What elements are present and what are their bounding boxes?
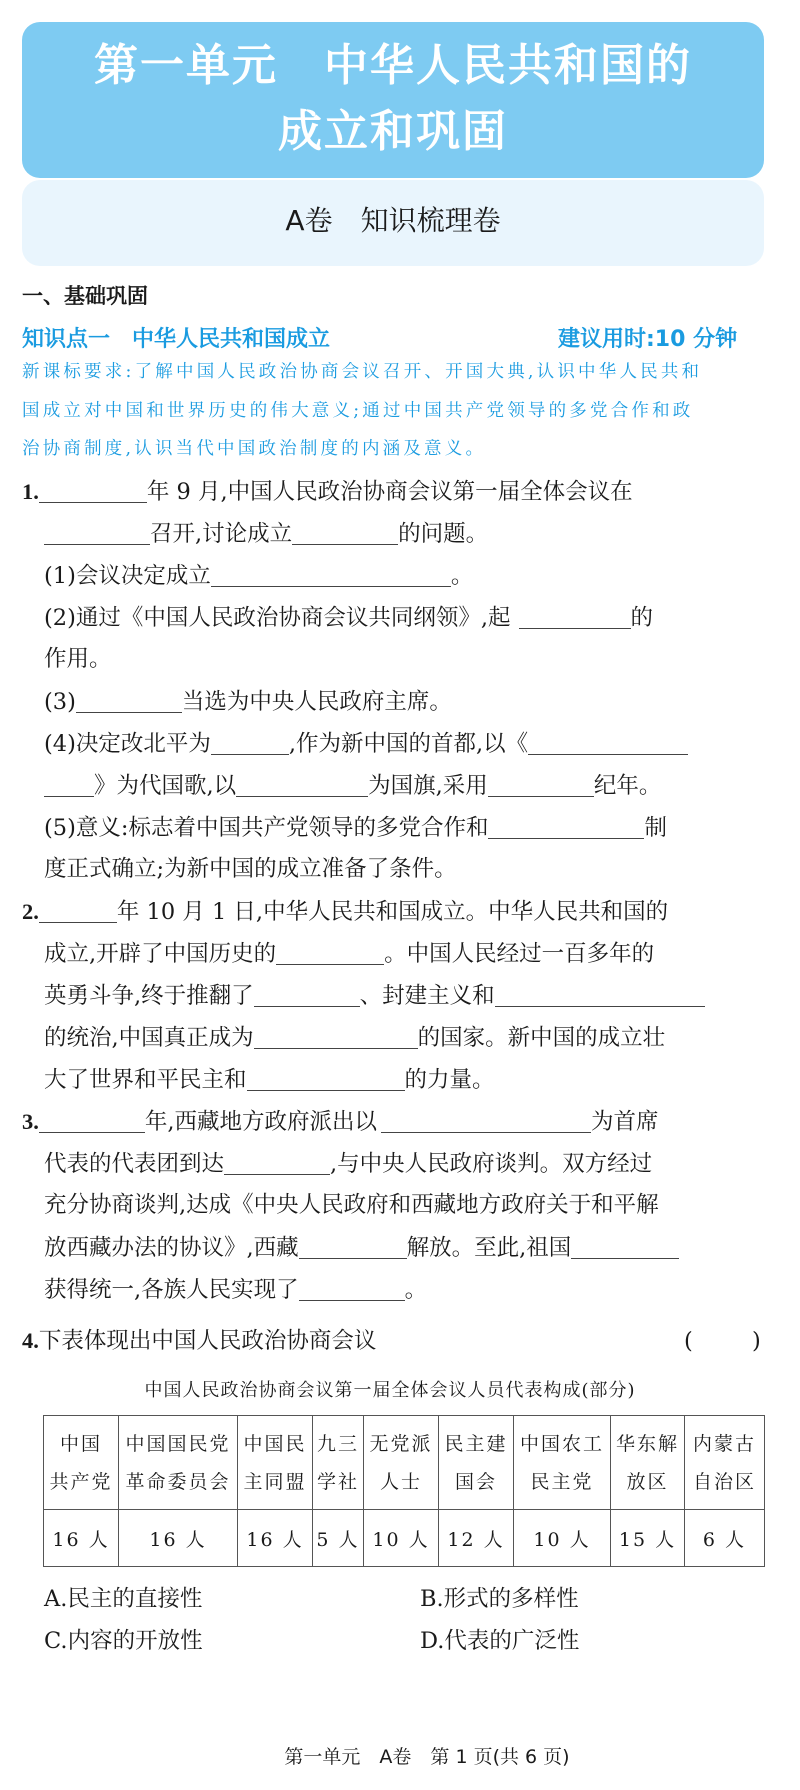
- table-header-cell: 中国国民党革命委员会: [119, 1416, 238, 1510]
- requirement-line: 治协商制度,认识当代中国政治制度的内涵及意义。: [22, 441, 486, 459]
- answer-blank[interactable]: [292, 522, 398, 545]
- question-text: 的: [631, 605, 654, 631]
- option-c[interactable]: C.内容的开放性: [44, 1630, 203, 1653]
- question-text: (1)会议决定成立: [44, 563, 211, 589]
- option-d[interactable]: D.代表的广泛性: [420, 1630, 579, 1653]
- table-cell: 5 人: [313, 1510, 364, 1567]
- delegate-composition-table: 中国共产党 中国国民党革命委员会 中国民主同盟 九三学社 无党派人士 民主建国会…: [43, 1415, 765, 1567]
- question-text: 大了世界和平民主和: [44, 1067, 247, 1093]
- requirement-line: 国成立对中国和世界历史的伟大意义;通过中国共产党领导的多党合作和政: [22, 403, 694, 421]
- table-cell: 6 人: [685, 1510, 765, 1567]
- option-b[interactable]: B.形式的多样性: [420, 1588, 579, 1611]
- table-header-cell: 无党派人士: [364, 1416, 439, 1510]
- q1-line1: 1.年 9 月,中国人民政治协商会议第一届全体会议在: [22, 480, 633, 504]
- unit-title-banner: 第一单元 中华人民共和国的 成立和巩固: [22, 22, 764, 178]
- answer-blank[interactable]: [254, 984, 360, 1007]
- table-header-row: 中国共产党 中国国民党革命委员会 中国民主同盟 九三学社 无党派人士 民主建国会…: [44, 1416, 765, 1510]
- answer-blank[interactable]: [276, 942, 384, 965]
- unit-title-line1: 第一单元 中华人民共和国的: [22, 44, 764, 88]
- q2-line3: 英勇斗争,终于推翻了、封建主义和: [44, 984, 705, 1008]
- question-text: 制: [644, 815, 667, 841]
- answer-blank[interactable]: [571, 1236, 679, 1259]
- table-cell: 10 人: [364, 1510, 439, 1567]
- question-text: 年,西藏地方政府派出以: [145, 1109, 377, 1135]
- answer-blank[interactable]: [528, 732, 688, 755]
- q1-part2: (2)通过《中国人民政治协商会议共同纲领》,起的: [44, 606, 653, 630]
- question-text: 英勇斗争,终于推翻了: [44, 983, 254, 1009]
- answer-blank[interactable]: [299, 1236, 407, 1259]
- question-text: (5)意义:标志着中国共产党领导的多党合作和: [44, 815, 488, 841]
- question-text: 、封建主义和: [360, 983, 495, 1009]
- question-number: 4.: [22, 1328, 39, 1353]
- answer-blank[interactable]: [76, 690, 182, 713]
- knowledge-point-title: 知识点一 中华人民共和国成立: [22, 322, 330, 353]
- question-number: 3.: [22, 1109, 39, 1134]
- table-row: 16 人 16 人 16 人 5 人 10 人 12 人 10 人 15 人 6…: [44, 1510, 765, 1567]
- question-text: 年 10 月 1 日,中华人民共和国成立。中华人民共和国的: [117, 899, 668, 925]
- q1-part5-cont: 度正式确立;为新中国的成立准备了条件。: [44, 858, 457, 881]
- q1-part3: (3)当选为中央人民政府主席。: [44, 690, 452, 714]
- paper-subtitle-banner: A卷 知识梳理卷: [22, 180, 764, 266]
- requirement-line: 新课标要求:了解中国人民政治协商会议召开、开国大典,认识中华人民共和: [22, 364, 702, 382]
- answer-blank[interactable]: [211, 564, 451, 587]
- table-header-cell: 九三学社: [313, 1416, 364, 1510]
- question-text: 获得统一,各族人民实现了: [44, 1277, 299, 1303]
- table-cell: 10 人: [514, 1510, 611, 1567]
- q1-part4-cont: 》为代国歌,以为国旗,采用纪年。: [44, 774, 661, 798]
- paper-subtitle: A卷 知识梳理卷: [22, 204, 764, 238]
- q1-part4: (4)决定改北平为,作为新中国的首都,以《: [44, 732, 688, 756]
- table-cell: 12 人: [439, 1510, 514, 1567]
- question-text: 的问题。: [398, 521, 488, 547]
- table-caption: 中国人民政治协商会议第一届全体会议人员代表构成(部分): [0, 1376, 790, 1402]
- unit-title-line2: 成立和巩固: [22, 110, 764, 154]
- question-text: 为国旗,采用: [368, 773, 488, 799]
- question-text: (4)决定改北平为: [44, 731, 211, 757]
- answer-blank[interactable]: [39, 1110, 145, 1133]
- table-header-cell: 中国民主同盟: [238, 1416, 313, 1510]
- answer-blank[interactable]: [299, 1278, 405, 1301]
- q2-line5: 大了世界和平民主和的力量。: [44, 1068, 495, 1092]
- question-text: (2)通过《中国人民政治协商会议共同纲领》,起: [44, 605, 511, 631]
- q1-part5: (5)意义:标志着中国共产党领导的多党合作和制: [44, 816, 667, 840]
- answer-bracket-open[interactable]: (: [684, 1330, 693, 1353]
- answer-blank[interactable]: [381, 1110, 591, 1133]
- table-header-cell: 中国共产党: [44, 1416, 119, 1510]
- question-text: (3): [44, 689, 76, 715]
- question-text: 下表体现出中国人民政治协商会议: [39, 1328, 377, 1354]
- section-heading: 一、基础巩固: [22, 280, 148, 310]
- question-text: ,作为新中国的首都,以《: [289, 731, 528, 757]
- answer-blank[interactable]: [44, 774, 94, 797]
- question-text: 的力量。: [405, 1067, 495, 1093]
- question-text: ,与中央人民政府谈判。双方经过: [330, 1151, 652, 1177]
- table-cell: 16 人: [238, 1510, 313, 1567]
- q3-line3: 充分协商谈判,达成《中央人民政府和西藏地方政府关于和平解: [44, 1194, 659, 1217]
- answer-blank[interactable]: [495, 984, 705, 1007]
- question-text: 代表的代表团到达: [44, 1151, 224, 1177]
- question-text: 》为代国歌,以: [94, 773, 236, 799]
- suggested-time: 建议用时:10 分钟: [558, 322, 737, 353]
- q1-part2-cont: 作用。: [44, 648, 112, 671]
- q4-stem: 4.下表体现出中国人民政治协商会议: [22, 1330, 376, 1353]
- question-text: 为首席: [591, 1109, 659, 1135]
- question-text: 解放。至此,祖国: [407, 1235, 572, 1261]
- question-text: 。: [405, 1277, 428, 1303]
- table-cell: 16 人: [119, 1510, 238, 1567]
- question-number: 1.: [22, 479, 39, 504]
- table-header-cell: 民主建国会: [439, 1416, 514, 1510]
- answer-blank[interactable]: [519, 606, 631, 629]
- question-text: 当选为中央人民政府主席。: [182, 689, 452, 715]
- table-header-cell: 华东解放区: [611, 1416, 685, 1510]
- question-number: 2.: [22, 899, 39, 924]
- answer-blank[interactable]: [39, 900, 117, 923]
- question-text: 。中国人民经过一百多年的: [384, 941, 654, 967]
- q3-line1: 3.年,西藏地方政府派出以为首席: [22, 1110, 659, 1134]
- q2-line2: 成立,开辟了中国历史的。中国人民经过一百多年的: [44, 942, 654, 966]
- question-text: 召开,讨论成立: [150, 521, 292, 547]
- q2-line4: 的统治,中国真正成为的国家。新中国的成立壮: [44, 1026, 665, 1050]
- question-text: 纪年。: [594, 773, 662, 799]
- question-text: 放西藏办法的协议》,西藏: [44, 1235, 299, 1261]
- answer-blank[interactable]: [247, 1068, 405, 1091]
- table-cell: 16 人: [44, 1510, 119, 1567]
- answer-blank[interactable]: [488, 774, 594, 797]
- question-text: 年 9 月,中国人民政治协商会议第一届全体会议在: [147, 479, 633, 505]
- answer-bracket-close: ): [752, 1330, 761, 1353]
- answer-blank[interactable]: [254, 1026, 418, 1049]
- table-header-cell: 中国农工民主党: [514, 1416, 611, 1510]
- answer-blank[interactable]: [224, 1152, 330, 1175]
- answer-blank[interactable]: [39, 480, 147, 503]
- answer-blank[interactable]: [44, 522, 150, 545]
- option-a[interactable]: A.民主的直接性: [44, 1588, 202, 1611]
- question-text: 的国家。新中国的成立壮: [418, 1025, 666, 1051]
- q3-line5: 获得统一,各族人民实现了。: [44, 1278, 427, 1302]
- q3-line4: 放西藏办法的协议》,西藏解放。至此,祖国: [44, 1236, 679, 1260]
- table-header-cell: 内蒙古自治区: [685, 1416, 765, 1510]
- answer-blank[interactable]: [488, 816, 644, 839]
- q1-part1: (1)会议决定成立。: [44, 564, 473, 588]
- page-footer: 第一单元 A卷 第 1 页(共 6 页): [27, 1742, 800, 1769]
- q1-line2: 召开,讨论成立的问题。: [44, 522, 488, 546]
- answer-blank[interactable]: [211, 732, 289, 755]
- q3-line2: 代表的代表团到达,与中央人民政府谈判。双方经过: [44, 1152, 652, 1176]
- answer-blank[interactable]: [236, 774, 368, 797]
- question-text: 。: [451, 563, 474, 589]
- q2-line1: 2.年 10 月 1 日,中华人民共和国成立。中华人民共和国的: [22, 900, 668, 924]
- question-text: 成立,开辟了中国历史的: [44, 941, 276, 967]
- question-text: 的统治,中国真正成为: [44, 1025, 254, 1051]
- table-cell: 15 人: [611, 1510, 685, 1567]
